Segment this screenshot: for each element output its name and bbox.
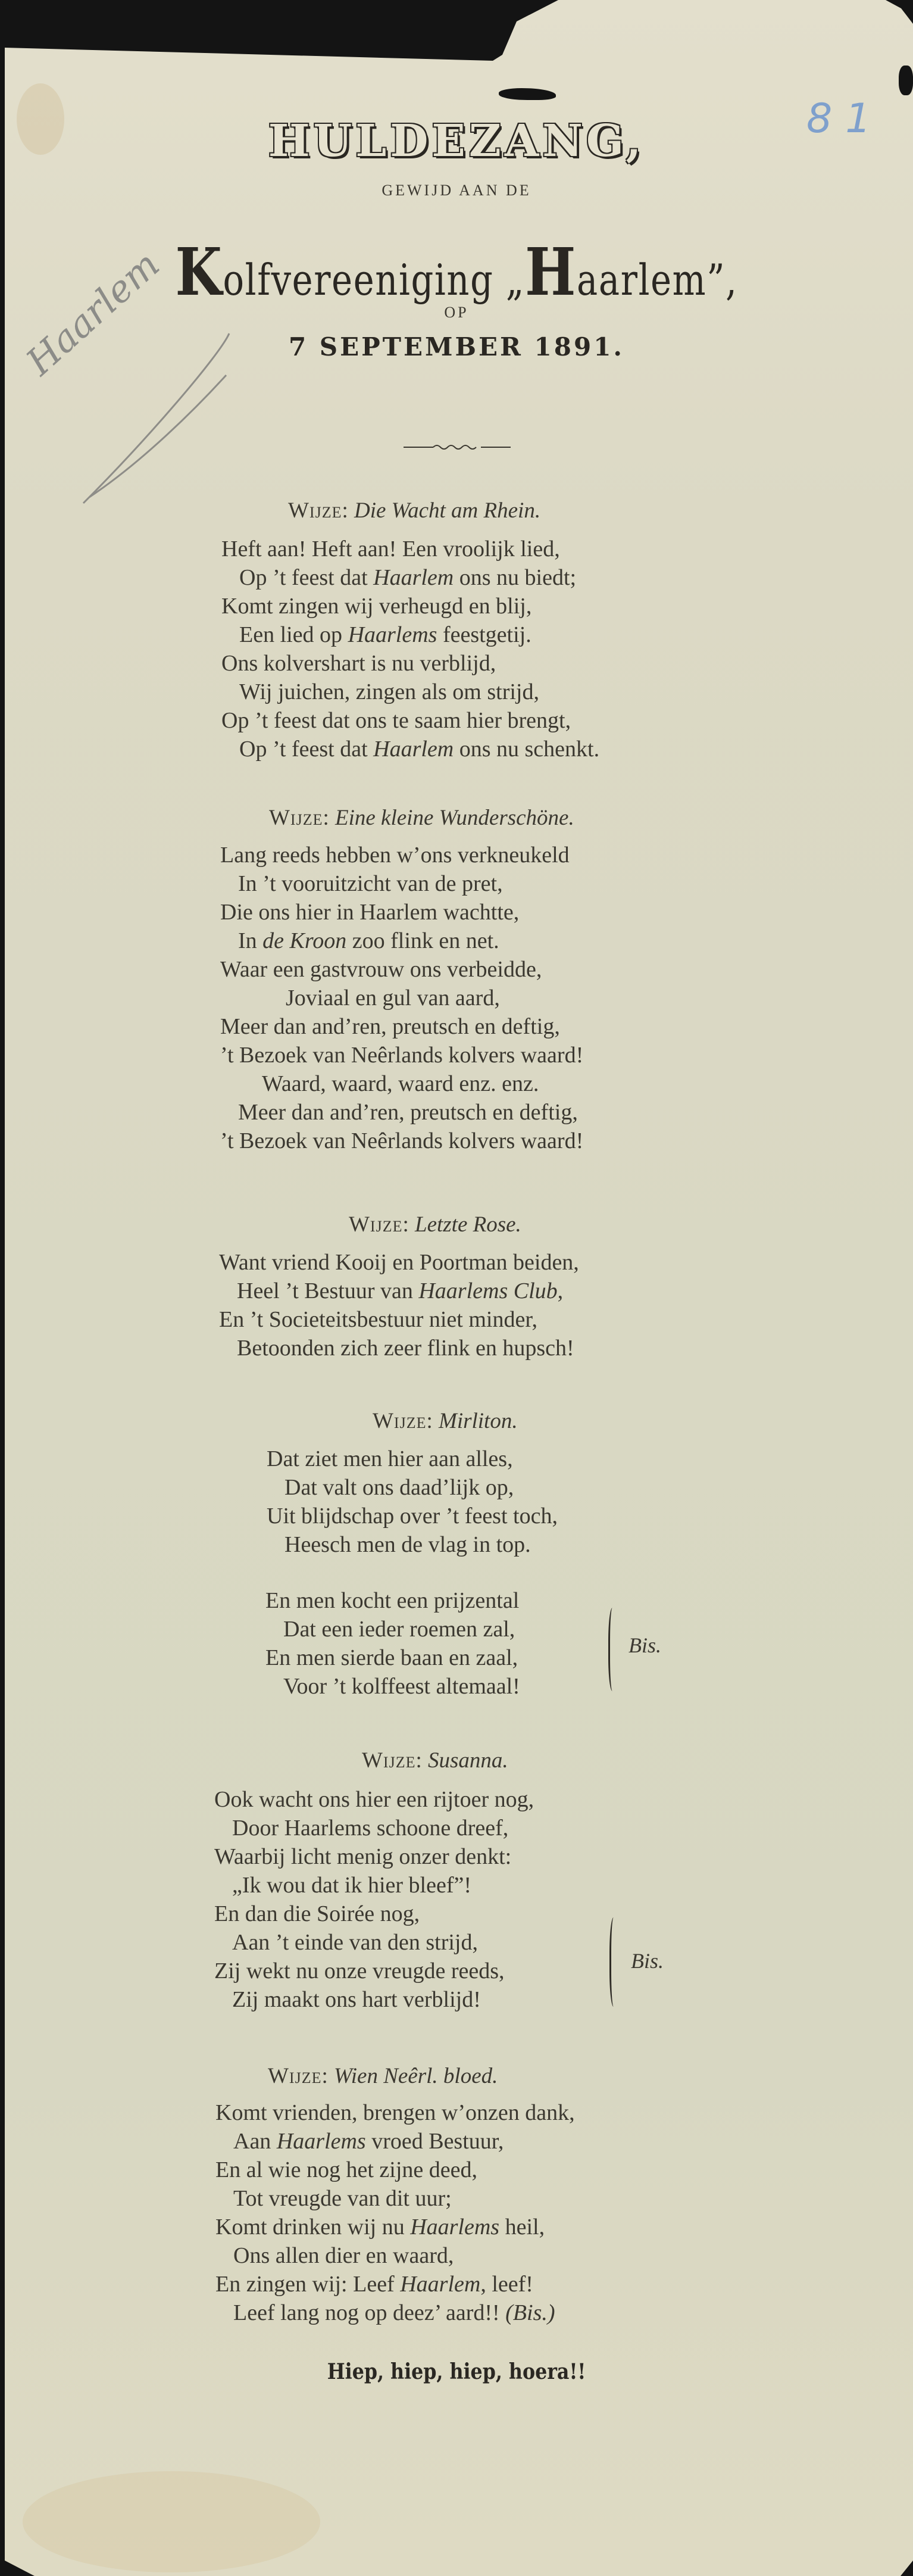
tune-label: Wijze:: [269, 806, 330, 830]
verse-line: Heft aan! Heft aan! Een vroolijk lied,: [221, 535, 599, 563]
verse-line: Komt zingen wij verheugd en blij,: [221, 592, 599, 620]
bis-label: Bis.: [629, 1633, 661, 1658]
tune-heading: Wijze: Eine kleine Wunderschöne.: [269, 805, 574, 831]
club-name: Kolfvereeniging „Haarlem”,: [82, 233, 831, 310]
verse-line: En al wie nog het zijne deed,: [215, 2156, 575, 2184]
verse-line: Aan Haarlems vroed Bestuur,: [215, 2127, 575, 2156]
city-name-rest: aarlem: [577, 255, 706, 305]
tune-name: Wien Neêrl. bloed.: [334, 2064, 498, 2088]
club-initial: K: [175, 233, 223, 310]
closing-cheer: Hiep, hiep, hiep, hoera!!: [55, 2359, 858, 2384]
verse-line: Een lied op Haarlems feestgetij.: [221, 620, 599, 649]
verse-line: ’t Bezoek van Neêrlands kolvers waard!: [220, 1127, 583, 1155]
verse-line: Komt vrienden, brengen w’onzen dank,: [215, 2098, 575, 2127]
verse-line: Door Haarlems schoone dreef,: [214, 1814, 534, 1842]
verse-line: Heesch men de vlag in top.: [267, 1530, 558, 1559]
emphasized-word: Haarlems: [277, 2129, 366, 2154]
tune-label: Wijze:: [362, 1748, 423, 1773]
tune-name: Mirliton.: [439, 1409, 518, 1433]
bis-verse-block: En men kocht een prijzentalDat een ieder…: [265, 1586, 520, 1701]
verse-line: Tot vreugde van dit uur;: [215, 2184, 575, 2213]
verse-line: Ons kolvershart is nu verblijd,: [221, 649, 599, 678]
verse-line: Ook wacht ons hier een rijtoer nog,: [214, 1785, 534, 1814]
tune-heading: Wijze: Letzte Rose.: [349, 1212, 521, 1237]
tune-name: Die Wacht am Rhein.: [354, 498, 540, 523]
tune-heading: Wijze: Die Wacht am Rhein.: [288, 498, 540, 523]
dedication-line: GEWIJD AAN DE: [0, 182, 913, 199]
bis-brace-icon: [608, 1608, 618, 1691]
verse-line: Leef lang nog op deez’ aard!! (Bis.): [215, 2299, 575, 2327]
verse-line: Op ’t feest dat ons te saam hier brengt,: [221, 706, 599, 735]
emphasized-word: Haarlem: [400, 2272, 480, 2297]
tune-label: Wijze:: [288, 498, 349, 523]
verse-line: Ons allen dier en waard,: [215, 2241, 575, 2270]
verse-line: Op ’t feest dat Haarlem ons nu biedt;: [221, 563, 599, 592]
verse-line: Waard, waard, waard enz. enz.: [220, 1069, 583, 1098]
emphasized-word: de Kroon: [262, 928, 346, 953]
tune-label: Wijze:: [349, 1212, 409, 1237]
tune-heading: Wijze: Mirliton.: [373, 1408, 518, 1434]
emphasized-word: Haarlems Club: [418, 1278, 557, 1303]
verse-line: Dat ziet men hier aan alles,: [267, 1445, 558, 1473]
tune-heading: Wijze: Wien Neêrl. bloed.: [268, 2063, 498, 2089]
verse-line: Komt drinken wij nu Haarlems heil,: [215, 2213, 575, 2241]
verse-line: Betoonden zich zeer flink en hupsch!: [219, 1334, 579, 1362]
verse-line: En men kocht een prijzental: [265, 1586, 520, 1615]
on-label: OP: [0, 304, 913, 322]
paper-tear-hole: [899, 66, 913, 95]
tune-heading: Wijze: Susanna.: [362, 1748, 508, 1773]
verse-line: Meer dan and’ren, preutsch en deftig,: [220, 1012, 583, 1041]
verse-line: Meer dan and’ren, preutsch en deftig,: [220, 1098, 583, 1127]
foxing-stain: [23, 2471, 320, 2572]
emphasized-word: Haarlem: [373, 565, 454, 590]
verse-line: Wij juichen, zingen als om strijd,: [221, 678, 599, 706]
verse-block: Heft aan! Heft aan! Een vroolijk lied,Op…: [221, 535, 599, 763]
emphasized-word: Haarlems: [348, 622, 437, 647]
verse-line: En ’t Societeitsbestuur niet minder,: [219, 1305, 579, 1334]
verse-line: Joviaal en gul van aard,: [220, 984, 583, 1012]
verse-line: „Ik wou dat ik hier bleef”!: [214, 1871, 534, 1900]
verse-line: Waar een gastvrouw ons verbeidde,: [220, 955, 583, 984]
verse-line: En zingen wij: Leef Haarlem, leef!: [215, 2270, 575, 2299]
bis-brace-icon: [609, 1917, 620, 2007]
verse-line: Zij wekt nu onze vreugde reeds,: [214, 1957, 505, 1985]
verse-block: Komt vrienden, brengen w’onzen dank,Aan …: [215, 2098, 575, 2327]
verse-block: Ook wacht ons hier een rijtoer nog,Door …: [214, 1785, 534, 1900]
verse-line: In de Kroon zoo flink en net.: [220, 927, 583, 955]
event-date: 7 SEPTEMBER 1891.: [0, 332, 913, 361]
verse-line: Aan ’t einde van den strijd,: [214, 1928, 505, 1957]
tune-label: Wijze:: [373, 1409, 433, 1433]
verse-line: Want vriend Kooij en Poortman beiden,: [219, 1248, 579, 1277]
club-name-rest: olfvereeniging: [223, 255, 493, 305]
verse-line: Uit blijdschap over ’t feest toch,: [267, 1502, 558, 1530]
verse-line: Dat valt ons daad’lijk op,: [267, 1473, 558, 1502]
tune-name: Letzte Rose.: [415, 1212, 521, 1237]
verse-block: Want vriend Kooij en Poortman beiden,Hee…: [219, 1248, 579, 1362]
quote-close: ”,: [706, 255, 737, 305]
page-title: HULDEZANG,: [0, 119, 913, 163]
verse-block: Lang reeds hebben w’ons verkneukeldIn ’t…: [220, 841, 583, 1155]
verse-line: Op ’t feest dat Haarlem ons nu schenkt.: [221, 735, 599, 763]
verse-block: Dat ziet men hier aan alles,Dat valt ons…: [267, 1445, 558, 1559]
ornamental-divider-icon: [404, 443, 511, 451]
verse-line: Die ons hier in Haarlem wachtte,: [220, 898, 583, 927]
verse-line: Lang reeds hebben w’ons verkneukeld: [220, 841, 583, 869]
verse-line: In ’t vooruitzicht van de pret,: [220, 869, 583, 898]
emphasized-word: (Bis.): [505, 2300, 555, 2325]
verse-line: Waarbij licht menig onzer denkt:: [214, 1842, 534, 1871]
verse-line: Heel ’t Bestuur van Haarlems Club,: [219, 1277, 579, 1305]
tune-name: Eine kleine Wunderschöne.: [335, 806, 574, 830]
city-initial: H: [525, 233, 577, 310]
verse-line: Zij maakt ons hart verblijd!: [214, 1985, 505, 2014]
emphasized-word: Haarlem: [373, 737, 454, 762]
bis-verse-block: En dan die Soirée nog,Aan ’t einde van d…: [214, 1900, 505, 2014]
verse-line: En dan die Soirée nog,: [214, 1900, 505, 1928]
verse-line: Voor ’t kolffeest altemaal!: [265, 1672, 520, 1701]
tune-label: Wijze:: [268, 2064, 329, 2088]
verse-line: Dat een ieder roemen zal,: [265, 1615, 520, 1643]
tune-name: Susanna.: [428, 1748, 508, 1773]
bis-label: Bis.: [631, 1948, 664, 1973]
emphasized-word: Haarlems: [410, 2215, 499, 2240]
quote-open: „: [506, 255, 525, 305]
verse-line: En men sierde baan en zaal,: [265, 1643, 520, 1672]
verse-line: ’t Bezoek van Neêrlands kolvers waard!: [220, 1041, 583, 1069]
